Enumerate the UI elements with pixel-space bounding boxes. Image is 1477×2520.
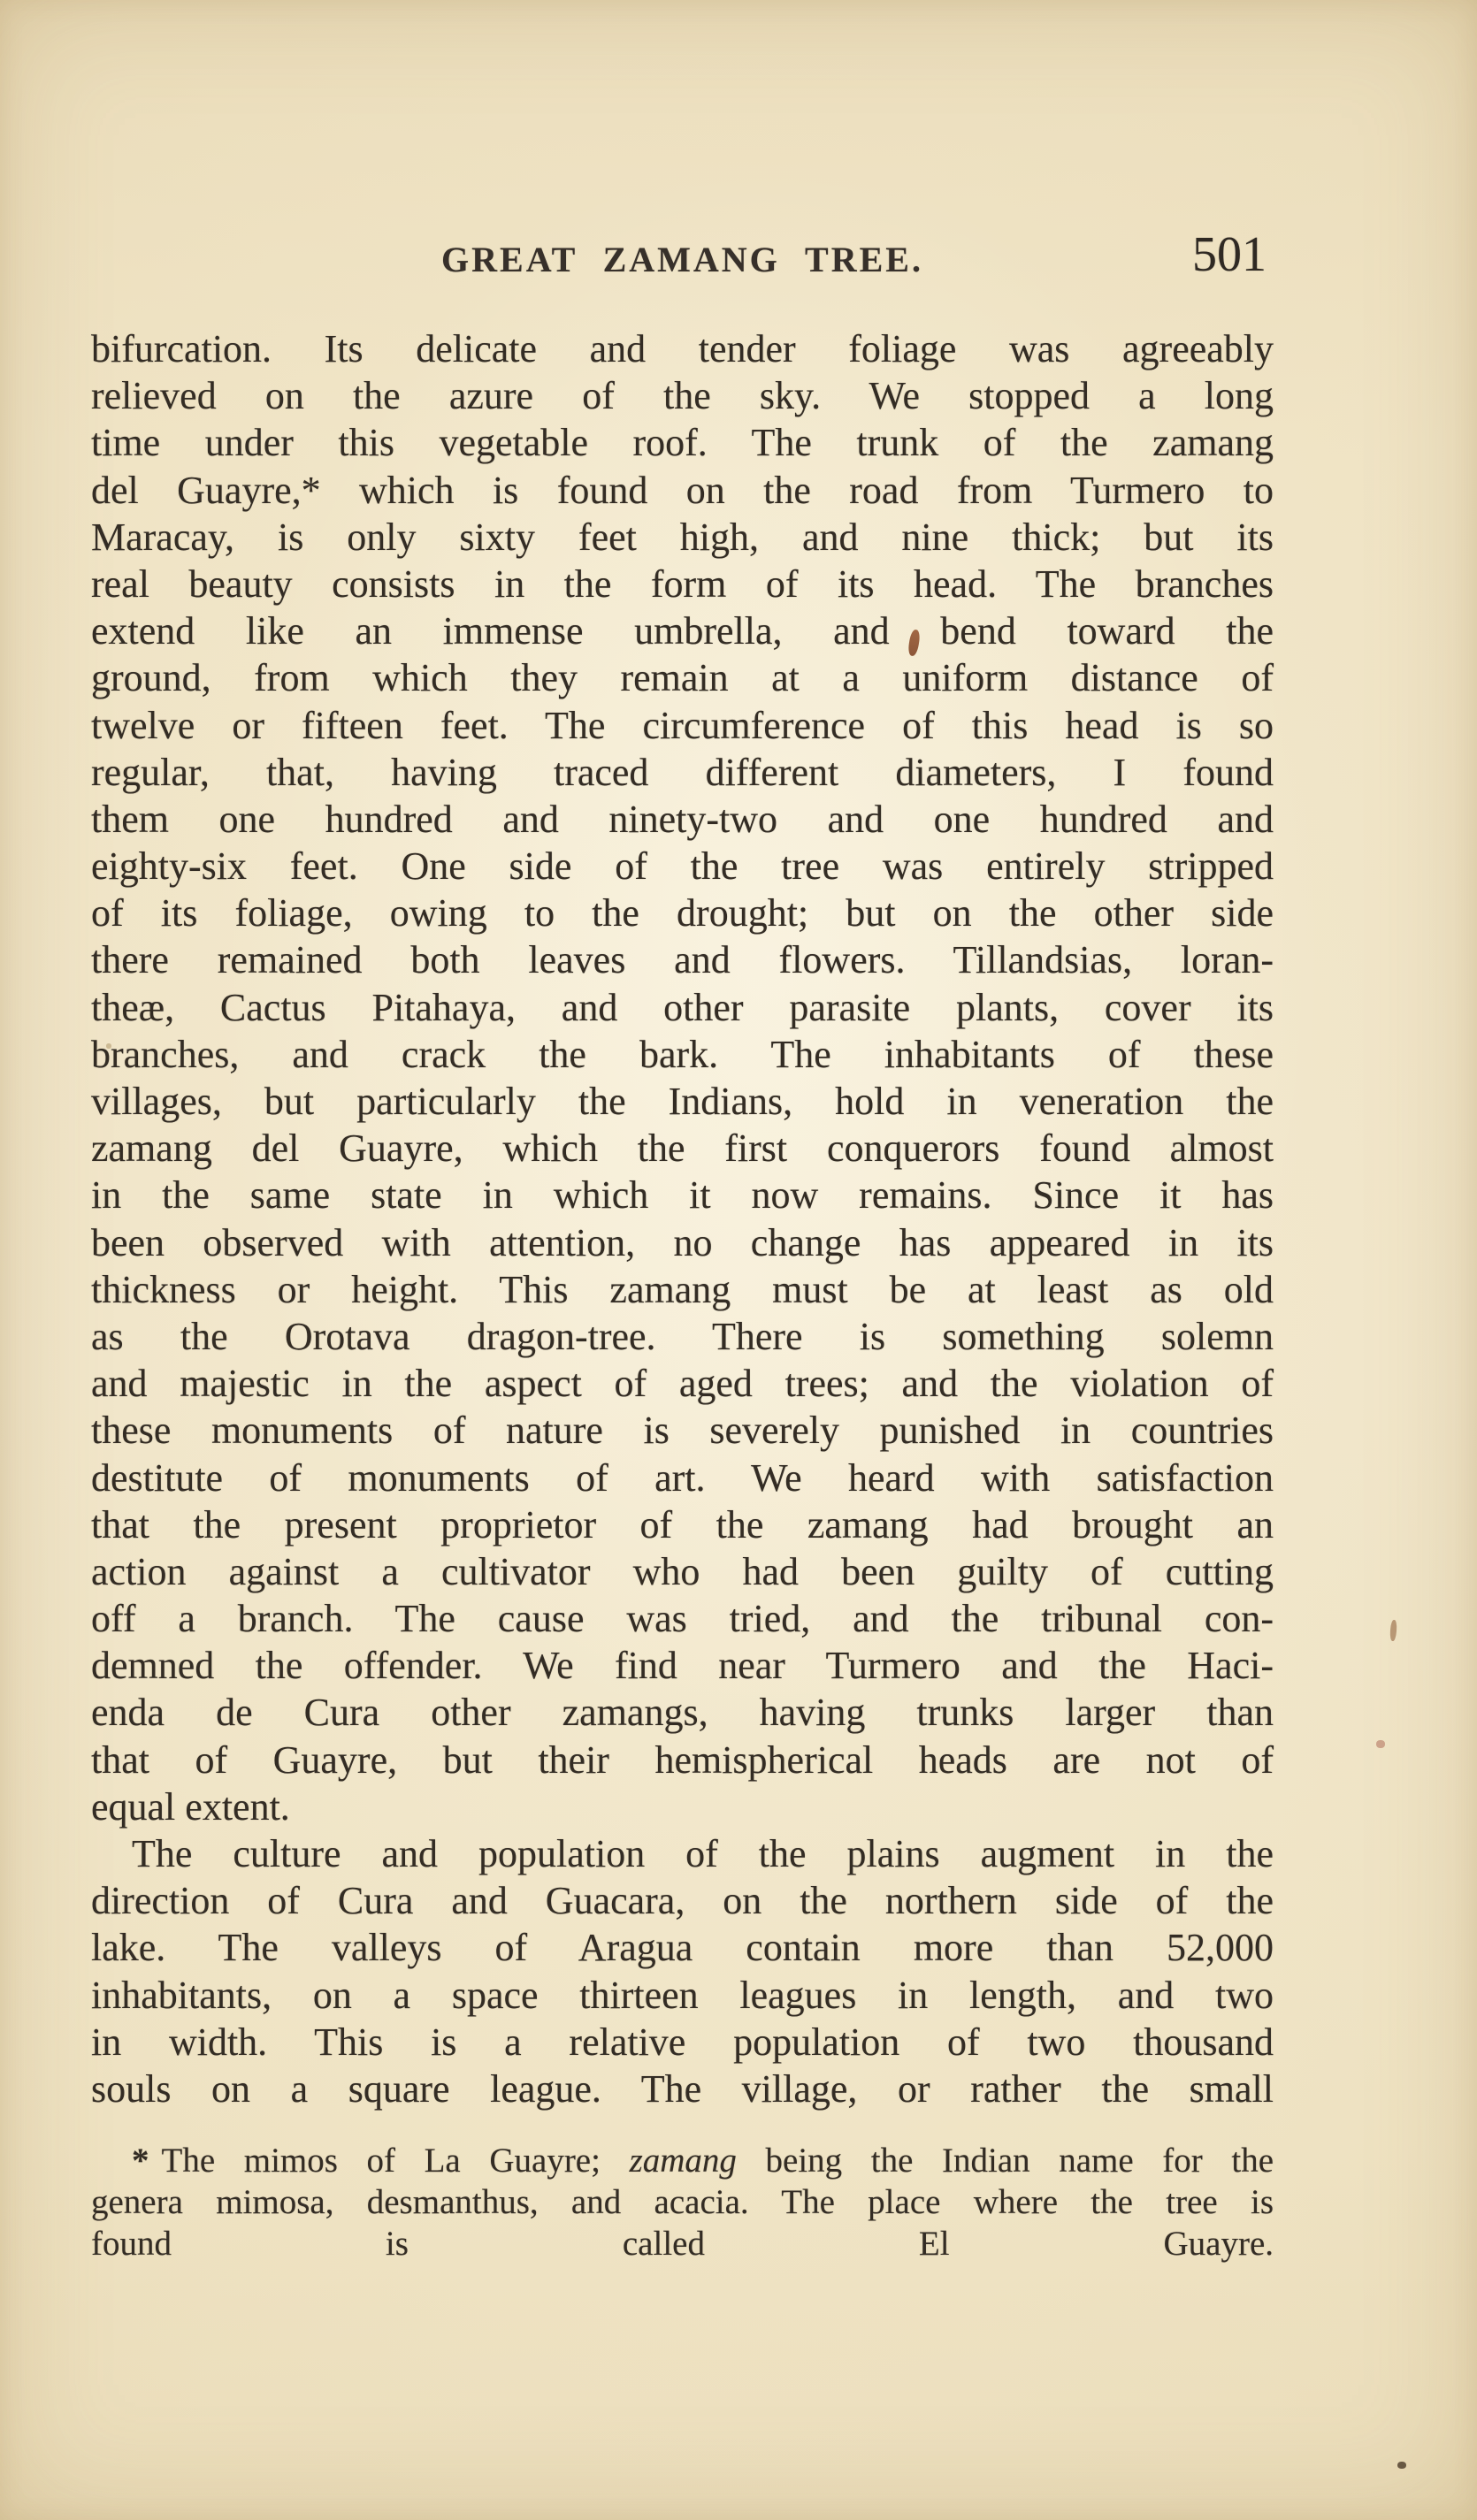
running-header: GREAT ZAMANG TREE. 501 xyxy=(91,232,1274,285)
footnote-italic-term: zamang xyxy=(630,2142,737,2180)
footnote-line: *The mimos of La Guayre; zamang being th… xyxy=(91,2140,1274,2181)
text-line: of its foliage, owing to the drought; bu… xyxy=(91,890,1274,936)
scan-speck xyxy=(1376,1740,1385,1748)
text-line: eighty-six feet. One side of the tree wa… xyxy=(91,843,1274,890)
text-line: direction of Cura and Guacara, on the no… xyxy=(91,1877,1274,1924)
text-line: destitute of monuments of art. We heard … xyxy=(91,1455,1274,1501)
scan-speck xyxy=(106,1043,111,1049)
text-line: enda de Cura other zamangs, having trunk… xyxy=(91,1689,1274,1736)
text-line: zamang del Guayre, which the first conqu… xyxy=(91,1125,1274,1172)
scan-speck xyxy=(1389,1620,1397,1641)
text-line: them one hundred and ninety-two and one … xyxy=(91,796,1274,843)
footnote-text: being the Indian name for the xyxy=(737,2142,1274,2180)
text-line: del Guayre,* which is found on the road … xyxy=(91,467,1274,514)
footnote-marker: * xyxy=(132,2142,149,2180)
text-line: Maracay, is only sixty feet high, and ni… xyxy=(91,514,1274,561)
text-line: thickness or height. This zamang must be… xyxy=(91,1266,1274,1313)
scan-speck xyxy=(1397,2462,1406,2469)
text-line: branches, and crack the bark. The inhabi… xyxy=(91,1031,1274,1078)
text-line: relieved on the azure of the sky. We sto… xyxy=(91,372,1274,419)
text-line: time under this vegetable roof. The trun… xyxy=(91,419,1274,466)
text-line: in the same state in which it now remain… xyxy=(91,1172,1274,1218)
text-line: ground, from which they remain at a unif… xyxy=(91,654,1274,701)
text-line: real beauty consists in the form of its … xyxy=(91,561,1274,607)
text-line-paragraph-start: The culture and population of the plains… xyxy=(91,1830,1274,1877)
text-line: in width. This is a relative population … xyxy=(91,2019,1274,2066)
chapter-title: GREAT ZAMANG TREE. xyxy=(91,239,1274,280)
footnote: *The mimos of La Guayre; zamang being th… xyxy=(91,2140,1274,2264)
text-line: there remained both leaves and flowers. … xyxy=(91,936,1274,983)
text-line: souls on a square league. The village, o… xyxy=(91,2066,1274,2112)
footnote-line: genera mimosa, desmanthus, and acacia. T… xyxy=(91,2181,1274,2223)
page-number: 501 xyxy=(1192,226,1267,283)
text-line: twelve or fifteen feet. The circumferenc… xyxy=(91,702,1274,749)
footnote-text: The mimos of La Guayre; xyxy=(162,2142,630,2180)
text-line: lake. The valleys of Aragua contain more… xyxy=(91,1924,1274,1971)
text-line: and majestic in the aspect of aged trees… xyxy=(91,1360,1274,1407)
body-text: bifurcation. Its delicate and tender fol… xyxy=(91,325,1274,2112)
text-line: demned the offender. We find near Turmer… xyxy=(91,1642,1274,1689)
text-line: bifurcation. Its delicate and tender fol… xyxy=(91,325,1274,372)
text-line: these monuments of nature is severely pu… xyxy=(91,1407,1274,1454)
footnote-line: found is called El Guayre. xyxy=(91,2223,1274,2264)
text-line: off a branch. The cause was tried, and t… xyxy=(91,1595,1274,1642)
text-line: as the Orotava dragon-tree. There is som… xyxy=(91,1313,1274,1360)
text-line: extend like an immense umbrella, and ben… xyxy=(91,607,1274,654)
text-line: that the present proprietor of the zaman… xyxy=(91,1501,1274,1548)
text-line-paragraph-end: equal extent. xyxy=(91,1783,1274,1830)
text-line: regular, that, having traced different d… xyxy=(91,749,1274,796)
text-line: inhabitants, on a space thirteen leagues… xyxy=(91,1972,1274,2019)
text-line: action against a cultivator who had been… xyxy=(91,1548,1274,1595)
text-line: theæ, Cactus Pitahaya, and other parasit… xyxy=(91,984,1274,1031)
book-page: GREAT ZAMANG TREE. 501 bifurcation. Its … xyxy=(0,0,1477,2520)
text-line: villages, but particularly the Indians, … xyxy=(91,1078,1274,1125)
text-line: been observed with attention, no change … xyxy=(91,1219,1274,1266)
text-line: that of Guayre, but their hemispherical … xyxy=(91,1737,1274,1783)
